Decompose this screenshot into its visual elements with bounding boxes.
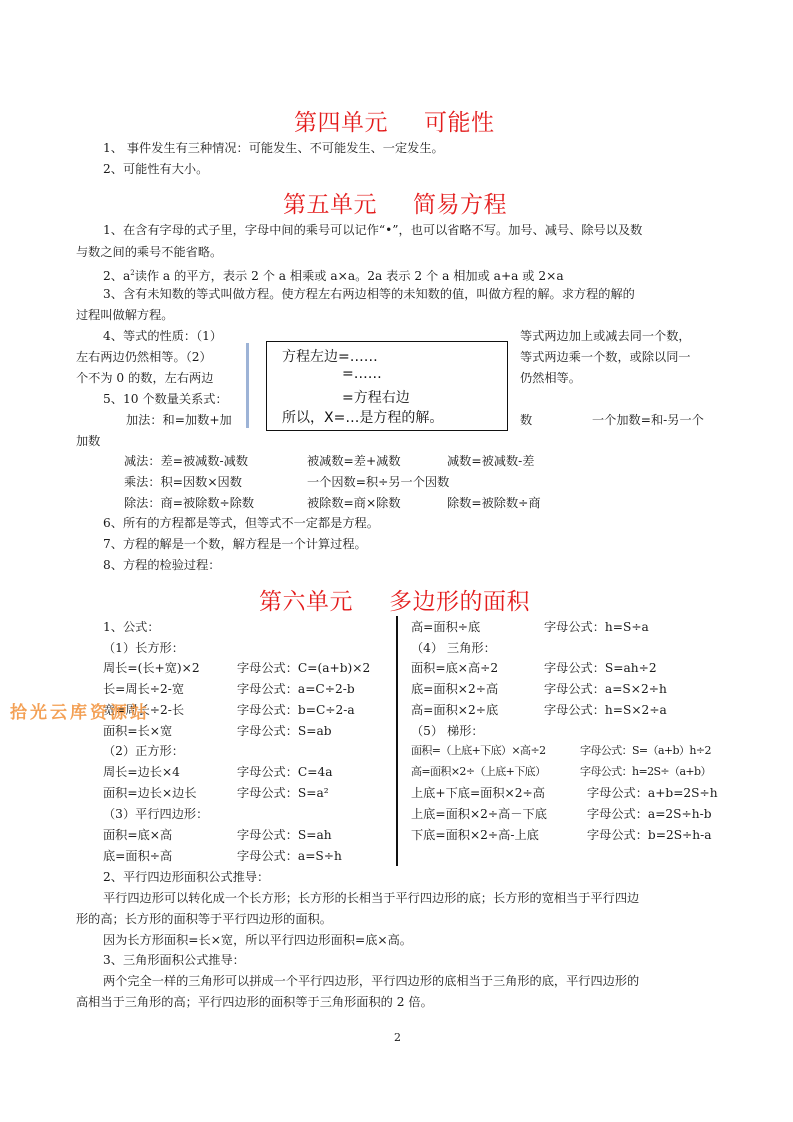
u6-left-7a: 周长=边长×4 — [103, 765, 180, 779]
relation-multiplication-2: 一个因数=积÷另一个因数 — [307, 475, 449, 489]
relation-division-3: 除数=被除数÷商 — [447, 496, 541, 510]
unit4-heading-topic: 可能性 — [424, 110, 495, 136]
relation-division-2: 被除数=商×除数 — [307, 496, 401, 510]
unit5-heading-topic: 简易方程 — [413, 192, 507, 218]
unit5-p4-right-2: 等式两边乘一个数，或除以同一 — [520, 350, 691, 364]
u6-left-8b: 字母公式：S=a² — [237, 786, 329, 800]
u6-right-2a: 面积=底×高÷2 — [411, 661, 498, 675]
equation-check-box: 方程左边=…… =…… =方程右边 所以，X=…是方程的解。 — [266, 341, 508, 431]
unit4-heading-number: 第四单元 — [294, 110, 388, 136]
u6-left-2b: 字母公式：C=(a+b)×2 — [237, 661, 370, 675]
unit5-p2: 2、a2读作 a 的平方，表示 2 个 a 相乘或 a×a。2a 表示 2 个 … — [103, 266, 564, 283]
u6-right-5: （5） 梯形： — [411, 724, 484, 738]
u6-right-3a: 底=面积×2÷高 — [411, 682, 498, 696]
relation-multiplication-1: 乘法：积=因数×因数 — [124, 475, 242, 489]
u6-right-4a: 高=面积×2÷底 — [411, 703, 498, 717]
u6-right-8a: 上底+下底=面积×2÷高 — [411, 786, 545, 800]
u6-right-0a: 高=面积÷底 — [411, 620, 480, 634]
unit6-heading: 第六单元多边形的面积 — [259, 583, 530, 616]
u6-right-9a: 上底=面积×2÷高－下底 — [411, 807, 547, 821]
unit6-heading-topic: 多边形的面积 — [389, 589, 530, 615]
box-line-3: =方程右边 — [342, 387, 410, 407]
unit5-addition-right-a: 数 — [520, 413, 532, 427]
unit5-p7: 7、方程的解是一个数，解方程是一个计算过程。 — [103, 537, 367, 551]
u6-left-5a: 面积=长×宽 — [103, 724, 172, 738]
unit4-item-1: 1、 事件发生有三种情况：可能发生、不可能发生、一定发生。 — [103, 141, 444, 155]
unit6-p3-title: 3、三角形面积公式推导： — [103, 953, 245, 967]
unit6-p3-line1: 两个完全一样的三角形可以拼成一个平行四边形，平行四边形的底相当于三角形的底，平行… — [103, 974, 639, 988]
u6-right-0b: 字母公式：h=S÷a — [544, 620, 649, 634]
u6-right-1: （4） 三角形： — [411, 641, 496, 655]
unit4-item-2: 2、可能性有大小。 — [103, 162, 208, 176]
box-line-4: 所以，X=…是方程的解。 — [282, 407, 443, 427]
u6-right-6b: 字母公式：S=（a+b）h÷2 — [580, 744, 711, 758]
unit5-p4-right-3: 仍然相等。 — [520, 371, 581, 385]
unit5-p3-line2: 过程叫做解方程。 — [76, 308, 174, 322]
unit5-p6: 6、所有的方程都是等式，但等式不一定都是方程。 — [103, 516, 379, 530]
u6-right-4b: 字母公式：h=S×2÷a — [544, 703, 667, 717]
u6-left-11b: 字母公式：a=S÷h — [237, 849, 342, 863]
u6-left-2a: 周长=(长+宽)×2 — [103, 661, 200, 675]
u6-right-9b: 字母公式：a=2S÷h-b — [587, 807, 712, 821]
unit5-p4-left-3: 个不为 0 的数，左右两边 — [76, 371, 213, 385]
unit5-heading: 第五单元简易方程 — [283, 186, 507, 219]
u6-left-4b: 字母公式：b=C÷2-a — [237, 703, 355, 717]
box-line-1: 方程左边=…… — [282, 346, 378, 366]
u6-left-6: （2）正方形： — [103, 744, 184, 758]
u6-right-7b: 字母公式：h=2S÷（a+b） — [580, 765, 711, 779]
unit5-p5-title: 5、10 个数量关系式： — [103, 392, 228, 406]
unit6-p2-title: 2、平行四边形面积公式推导： — [103, 870, 269, 884]
u6-right-8b: 字母公式：a+b=2S÷h — [587, 786, 718, 800]
unit5-p2-part-b: 读作 a 的平方，表示 2 个 a 相乘或 a×a。2a 表示 2 个 a 相加… — [135, 269, 564, 283]
unit6-heading-number: 第六单元 — [259, 589, 353, 615]
relation-subtraction-3: 减数=被减数-差 — [447, 454, 534, 468]
u6-right-7a: 高=面积×2÷（上底+下底） — [411, 765, 545, 779]
u6-right-10b: 字母公式：b=2S÷h-a — [587, 828, 712, 842]
watermark-text: 拾光云库资源站 — [10, 698, 150, 723]
unit6-p2-line1: 平行四边形可以转化成一个长方形；长方形的长相当于平行四边形的底；长方形的宽相当于… — [103, 891, 639, 905]
unit5-p2-part-a: 2、a — [103, 269, 130, 283]
page-number: 2 — [394, 1031, 401, 1044]
u6-right-2b: 字母公式：S=ah÷2 — [544, 661, 657, 675]
unit5-addition-wrap: 加数 — [76, 434, 100, 448]
u6-right-6a: 面积=（上底+下底）×高÷2 — [411, 744, 545, 758]
unit4-heading: 第四单元可能性 — [294, 104, 495, 137]
unit6-p2-line2: 形的高；长方形的面积等于平行四边形的面积。 — [76, 912, 332, 926]
relation-subtraction-2: 被减数=差+减数 — [307, 454, 401, 468]
u6-left-3b: 字母公式：a=C÷2-b — [237, 682, 355, 696]
unit5-p4-left-1: 4、等式的性质：（1） — [103, 329, 222, 343]
unit5-heading-number: 第五单元 — [283, 192, 377, 218]
u6-left-3a: 长=周长÷2-宽 — [103, 682, 184, 696]
unit5-p1-line1: 1、在含有字母的式子里，字母中间的乘号可以记作“•”，也可以省略不写。加号、减号… — [103, 223, 642, 237]
u6-left-0: 1、公式： — [103, 620, 160, 634]
u6-left-8a: 面积=边长×边长 — [103, 786, 197, 800]
box-line-2: =…… — [342, 366, 382, 382]
u6-left-11a: 底=面积÷高 — [103, 849, 172, 863]
unit5-p4-right-1: 等式两边加上或减去同一个数， — [520, 329, 691, 343]
unit5-addition-left: 加法：和=加数+加 — [126, 413, 232, 427]
unit5-addition-right-b: 一个加数=和-另一个 — [592, 413, 704, 427]
u6-right-3b: 字母公式：a=S×2÷h — [544, 682, 667, 696]
u6-left-10a: 面积=底×高 — [103, 828, 172, 842]
divider-line-blue — [246, 343, 249, 428]
u6-left-7b: 字母公式：C=4a — [237, 765, 333, 779]
unit5-p1-line2: 与数之间的乘号不能省略。 — [76, 245, 222, 259]
column-divider — [396, 616, 398, 866]
relation-subtraction-1: 减法：差=被减数-减数 — [124, 454, 248, 468]
u6-right-10a: 下底=面积×2÷高-上底 — [411, 828, 539, 842]
unit6-p2-line3: 因为长方形面积=长×宽，所以平行四边形面积=底×高。 — [103, 933, 412, 947]
u6-left-10b: 字母公式：S=ah — [237, 828, 332, 842]
unit5-p8: 8、方程的检验过程： — [103, 558, 220, 572]
unit5-p3-line1: 3、含有未知数的等式叫做方程。使方程左右两边相等的未知数的值，叫做方程的解。求方… — [103, 287, 635, 301]
relation-division-1: 除法：商=被除数÷除数 — [124, 496, 254, 510]
unit5-p4-left-2: 左右两边仍然相等。（2） — [76, 350, 212, 364]
u6-left-5b: 字母公式：S=ab — [237, 724, 332, 738]
u6-left-1: （1）长方形： — [103, 641, 184, 655]
u6-left-9: （3）平行四边形： — [103, 807, 208, 821]
unit6-p3-line2: 高相当于三角形的高；平行四边形的面积等于三角形面积的 2 倍。 — [76, 995, 433, 1009]
